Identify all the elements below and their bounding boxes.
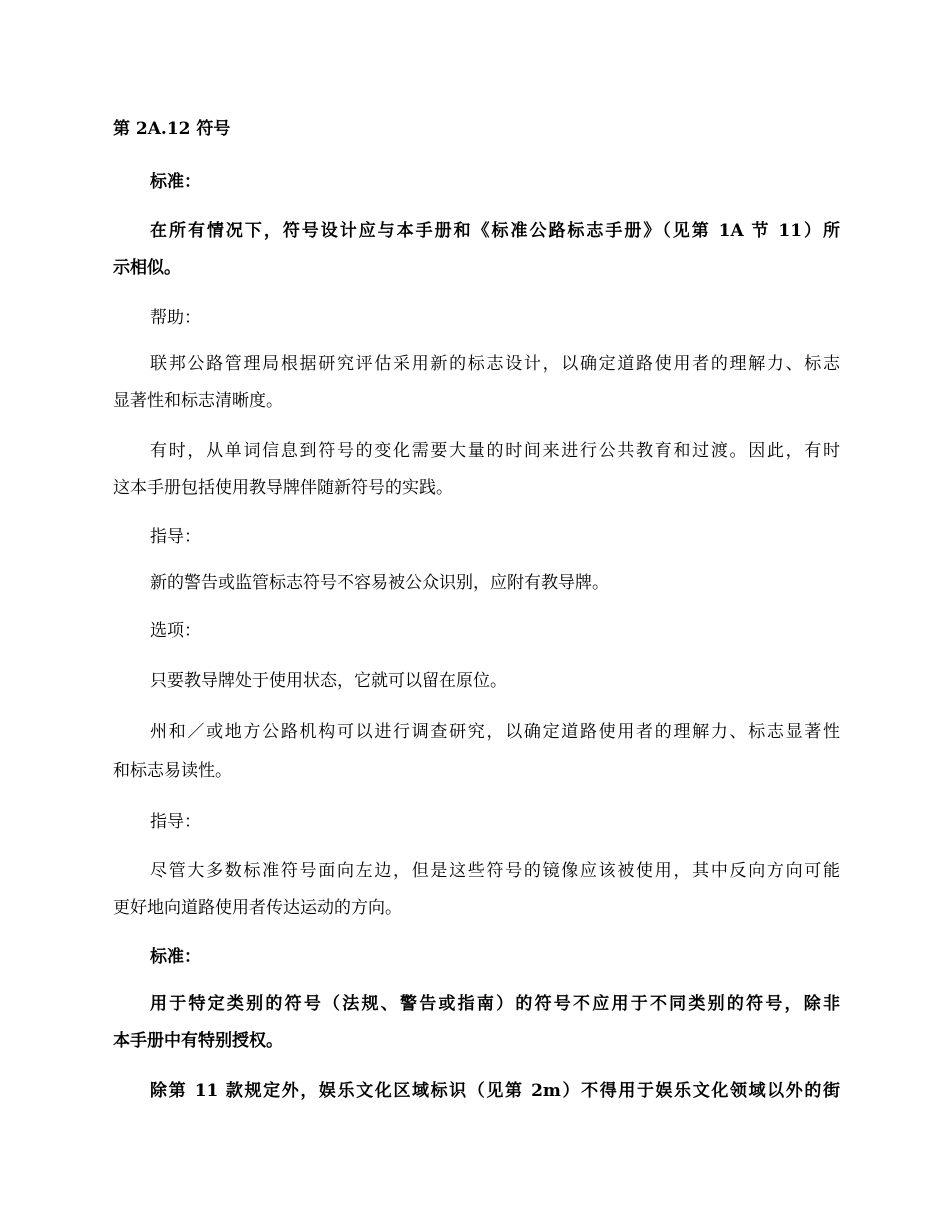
document-page: 第 2A.12 符号 标准： 在所有情况下，符号设计应与本手册和《标准公路标志手… <box>0 0 952 1232</box>
paragraph-line: 州和／或地方公路机构可以进行调查研究，以确定道路使用者的理解力、标志显著性 <box>150 721 840 743</box>
label-option: 选项： <box>150 620 201 642</box>
paragraph-line: 示相似。 <box>113 257 181 279</box>
paragraph-line: 本手册中有特别授权。 <box>113 1030 283 1052</box>
label-standard: 标准： <box>150 946 201 968</box>
paragraph-line: 和标志易读性。 <box>113 760 232 782</box>
paragraph-line: 联邦公路管理局根据研究评估采用新的标志设计，以确定道路使用者的理解力、标志 <box>150 353 840 375</box>
paragraph-line: 在所有情况下，符号设计应与本手册和《标准公路标志手册》（见第 1A 节 11）所 <box>150 220 840 242</box>
paragraph-line: 更好地向道路使用者传达运动的方向。 <box>113 897 402 919</box>
label-standard: 标准： <box>150 171 201 193</box>
paragraph-line: 用于特定类别的符号（法规、警告或指南）的符号不应用于不同类别的符号，除非 <box>150 993 840 1015</box>
paragraph-line: 显著性和标志清晰度。 <box>113 390 283 412</box>
paragraph-line: 除第 11 款规定外，娱乐文化区域标识（见第 2m）不得用于娱乐文化领域以外的街 <box>150 1080 840 1102</box>
paragraph-line: 尽管大多数标准符号面向左边，但是这些符号的镜像应该被使用，其中反向方向可能 <box>150 860 840 882</box>
paragraph-line: 只要教导牌处于使用状态，它就可以留在原位。 <box>150 670 507 692</box>
paragraph-line: 有时，从单词信息到符号的变化需要大量的时间来进行公共教育和过渡。因此，有时 <box>150 440 840 462</box>
label-guidance: 指导： <box>150 811 201 833</box>
label-guidance: 指导： <box>150 526 201 548</box>
label-support: 帮助： <box>150 307 201 329</box>
paragraph-line: 这本手册包括使用教导牌伴随新符号的实践。 <box>113 477 453 499</box>
section-heading: 第 2A.12 符号 <box>113 118 230 140</box>
paragraph-line: 新的警告或监管标志符号不容易被公众识别，应附有教导牌。 <box>150 572 609 594</box>
